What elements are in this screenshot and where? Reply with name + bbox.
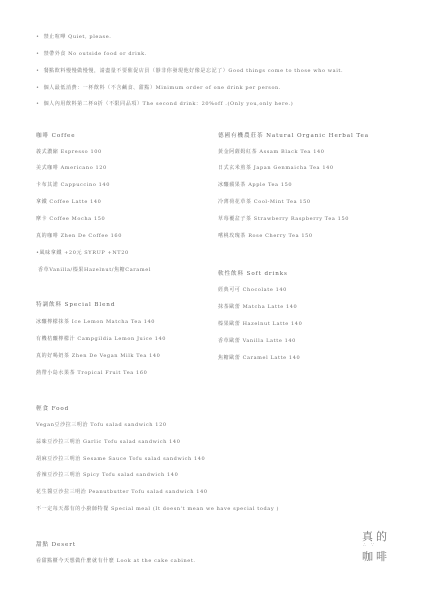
food-item: 蒜味豆沙拉三明治 Garlic Tofu salad sandwich 140 <box>36 438 180 445</box>
notice-minimum-order: 個人最低消費：一杯飲料（不含鹹食、甜點）Minimum order of one… <box>36 84 281 91</box>
logo-char: 啡 <box>376 548 387 564</box>
herbal-item: 日式玄米煎茶 Japan Genmaicha Tea 140 <box>218 164 334 171</box>
soft-heading: 軟性飲料 Soft drinks <box>218 269 288 277</box>
food-item: 不一定每天都有的小廚師特餐 Special meal (It doesn't m… <box>36 505 279 512</box>
notice-second-drink: 個人內用飲料第二杯8折（不限同品項）The second drink：20%of… <box>36 100 293 107</box>
herbal-item: 冷薄荷花草茶 Cool-Mint Tea 150 <box>218 198 311 205</box>
coffee-item: 義式濃縮 Espresso 100 <box>36 148 102 155</box>
food-item: 胡麻豆沙拉三明治 Sesame Sauce Tofu salad sandwic… <box>36 455 205 462</box>
dessert-heading: 甜點 Desert <box>36 540 76 548</box>
coffee-item: 美式咖啡 Americano 120 <box>36 164 107 171</box>
logo-char: 的 <box>376 528 387 544</box>
food-item: 香辣豆沙拉三明治 Spicy Tofu salad sandwich 140 <box>36 471 178 478</box>
special-heading: 特調飲料 Special Blend <box>36 300 115 308</box>
coffee-item: 卡布其諾 Cappuccino 140 <box>36 181 110 188</box>
logo-dots: ∴ ∵ <box>363 542 375 547</box>
logo-char: 咖 <box>362 548 373 564</box>
cafe-logo: 真 的 ∴ ∵ 咖 啡 <box>362 528 392 564</box>
soft-item: 抹茶歐蕾 Matcha Latte 140 <box>218 303 297 310</box>
notice-no-outside-food: 禁帶外食 No outside food or drink. <box>36 50 147 57</box>
soft-item: 香草歐蕾 Vanilla Latte 140 <box>218 337 296 344</box>
soft-item: 榛果歐蕾 Hazelnut Latte 140 <box>218 320 302 327</box>
coffee-heading: 咖啡 Coffee <box>36 131 75 139</box>
food-item: 花生醬豆沙拉三明治 Peanutbutter Tofu salad sandwi… <box>36 488 208 495</box>
herbal-item: 嚐桃玫瑰茶 Rose Cherry Tea 150 <box>218 232 313 239</box>
dessert-item: 看甜點櫃今天想做什麼就有什麼 Look at the cake cabinet. <box>36 557 196 564</box>
herbal-item: 黃金阿薩姆紅茶 Assam Black Tea 140 <box>218 148 325 155</box>
herbal-item: 草莓覆盆子茶 Strawberry Raspberry Tea 150 <box>218 215 349 222</box>
special-item: 有機桔釀檸檬汁 Campgildia Lemon Juice 140 <box>36 335 166 342</box>
special-item: 真的好喝奶茶 Zhen De Vegan Milk Tea 140 <box>36 352 160 359</box>
coffee-item: 摩卡 Coffee Mocha 150 <box>36 215 105 222</box>
special-item: 熱帶小島水果茶 Tropical Fruit Tea 160 <box>36 369 147 376</box>
coffee-syrup-flavors: 香草Vanilla/榛果Hazelnut/焦糖Caramel <box>38 266 151 273</box>
coffee-item: 拿鐵 Coffee Latte 140 <box>36 198 101 205</box>
coffee-item: 真的咖啡 Zhen De Coffee 160 <box>36 232 122 239</box>
notice-quiet: 禁止喧嘩 Quiet, please. <box>36 33 111 40</box>
food-item: Vegan豆沙拉三明治 Tofu salad sandwich 120 <box>36 421 167 428</box>
soft-item: 經典可可 Chocolate 140 <box>218 286 287 293</box>
notice-wait: 餐點飲料慢慢做慢慢，請盡量不要催促店員（靜非你發現他好像是忘記了）Good th… <box>36 67 343 74</box>
coffee-syrup-note: •風味拿鐵 +20元 SYRUP +NT20 <box>36 249 129 256</box>
herbal-heading: 德國有機農莊茶 Natural Organic Herbal Tea <box>218 131 369 139</box>
herbal-item: 冰釀蘋果茶 Apple Tea 150 <box>218 181 292 188</box>
soft-item: 焦糖歐蕾 Caramel Latte 140 <box>218 354 300 361</box>
food-heading: 輕食 Food <box>36 404 69 412</box>
special-item: 冰釀檸檬抹茶 Ice Lemon Matcha Tea 140 <box>36 318 155 325</box>
